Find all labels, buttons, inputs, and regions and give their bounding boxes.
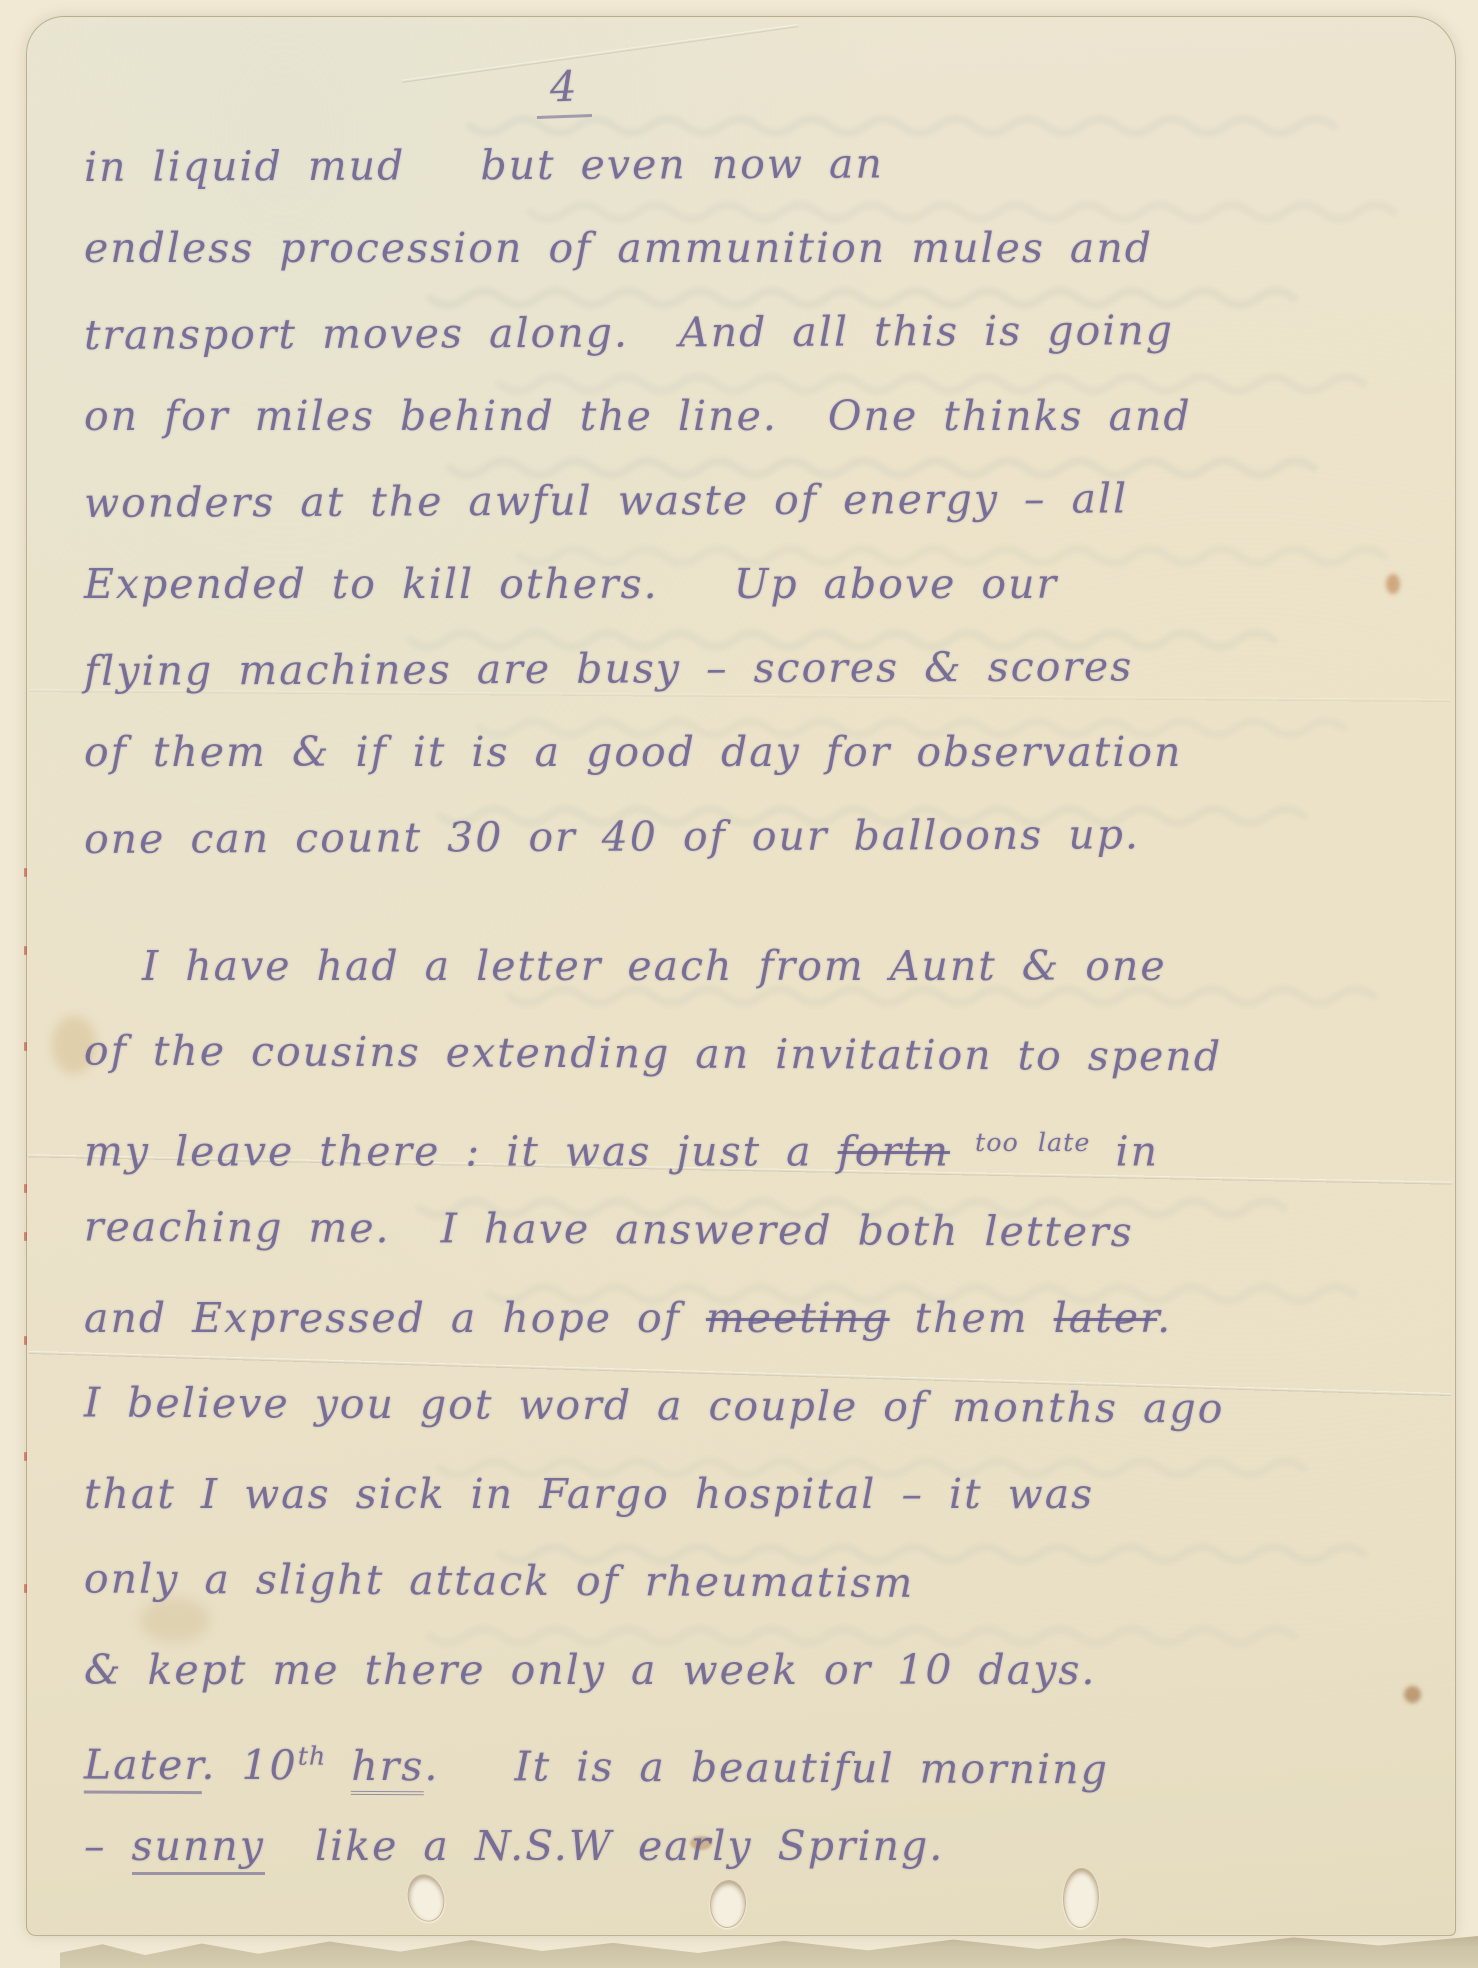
handwritten-line: one can count 30 or 40 of our balloons u… xyxy=(84,791,1439,881)
scanned-letter-page: { "document": { "kind": "handwritten let… xyxy=(0,0,1478,1968)
text-segment: of the cousins extending an invitation t… xyxy=(84,1026,1222,1080)
handwritten-line: Expended to kill others. Up above our xyxy=(84,542,1439,626)
handwritten-line: in liquid mud but even now an xyxy=(84,119,1439,209)
text-segment: too late xyxy=(975,1127,1090,1157)
text-segment: I have had a letter each from Aunt & one xyxy=(142,942,1167,990)
text-segment: that I was sick in Fargo hospital – it w… xyxy=(84,1470,1094,1518)
red-margin-tick xyxy=(24,1584,27,1593)
text-segment: . It is a beautiful morning xyxy=(424,1742,1109,1794)
handwritten-line: & kept me there only a week or 10 days. xyxy=(84,1626,1439,1714)
text-segment: and Expressed a hope of xyxy=(84,1294,706,1342)
text-segment: th xyxy=(298,1741,327,1771)
handwritten-line: transport moves along. And all this is g… xyxy=(84,287,1439,377)
text-segment: of them & if it is a good day for observ… xyxy=(84,728,1182,776)
text-segment: – xyxy=(84,1822,132,1870)
handwritten-line: Later. 10th hrs. It is a beautiful morni… xyxy=(84,1710,1439,1805)
red-margin-tick xyxy=(24,868,27,877)
text-segment: Later xyxy=(84,1740,202,1794)
text-segment: . 10 xyxy=(201,1741,298,1790)
handwritten-line: on for miles behind the line. One thinks… xyxy=(84,374,1439,458)
text-segment: only a slight attack of rheumatism xyxy=(84,1554,915,1606)
text-segment: hrs xyxy=(351,1742,424,1795)
torn-bottom-edge xyxy=(60,1934,1478,1968)
text-segment: my leave there : it was just a xyxy=(84,1128,838,1176)
text-segment: like a N.S.W early Spring. xyxy=(265,1822,944,1870)
text-segment: meeting xyxy=(706,1294,890,1342)
text-segment xyxy=(326,1741,351,1789)
red-margin-tick xyxy=(24,1452,27,1461)
text-segment: transport moves along. And all this is g… xyxy=(84,306,1174,359)
text-segment: in xyxy=(1090,1128,1159,1176)
handwritten-line: only a slight attack of rheumatism xyxy=(84,1534,1439,1629)
text-segment: I believe you got word a couple of month… xyxy=(84,1378,1225,1432)
handwritten-line: flying machines are busy – scores & scor… xyxy=(84,623,1439,713)
handwritten-line: reaching me. I have answered both letter… xyxy=(84,1182,1439,1277)
text-segment: them xyxy=(890,1294,1054,1342)
text-segment: fortn xyxy=(838,1128,950,1176)
handwritten-line: – sunny like a N.S.W early Spring. xyxy=(84,1802,1439,1890)
text-segment: later xyxy=(1054,1294,1157,1342)
paragraph: in liquid mud but even now anendless pro… xyxy=(84,122,1439,878)
text-segment: wonders at the awful waste of energy – a… xyxy=(84,474,1128,527)
red-margin-tick xyxy=(24,1336,27,1345)
text-segment: reaching me. I have answered both letter… xyxy=(84,1202,1134,1255)
text-segment: . xyxy=(1157,1294,1172,1342)
text-segment: flying machines are busy – scores & scor… xyxy=(84,642,1133,695)
handwritten-line: wonders at the awful waste of energy – a… xyxy=(84,455,1439,545)
handwritten-line: and Expressed a hope of meeting them lat… xyxy=(84,1274,1439,1362)
text-segment: one can count 30 or 40 of our balloons u… xyxy=(84,810,1140,863)
text-segment: in liquid mud but even now an xyxy=(84,139,884,190)
page-number: 4 xyxy=(535,61,592,119)
red-margin-tick xyxy=(24,1184,27,1193)
handwritten-line: of them & if it is a good day for observ… xyxy=(84,710,1439,794)
red-margin-tick xyxy=(24,946,27,955)
red-margin-tick xyxy=(24,1232,27,1241)
handwritten-line: endless procession of ammunition mules a… xyxy=(84,206,1439,290)
text-segment: on for miles behind the line. One thinks… xyxy=(84,392,1192,440)
text-segment: Expended to kill others. Up above our xyxy=(84,560,1058,608)
handwritten-line: my leave there : it was just a fortn too… xyxy=(84,1098,1439,1186)
handwritten-line: that I was sick in Fargo hospital – it w… xyxy=(84,1450,1439,1538)
letter-body: in liquid mud but even now anendless pro… xyxy=(84,122,1439,1890)
paragraph: I have had a letter each from Aunt & one… xyxy=(84,922,1439,1890)
handwritten-line: I have had a letter each from Aunt & one xyxy=(84,922,1439,1010)
text-segment: sunny xyxy=(132,1822,265,1875)
handwritten-line: I believe you got word a couple of month… xyxy=(84,1358,1439,1453)
handwritten-line: of the cousins extending an invitation t… xyxy=(84,1006,1439,1101)
red-margin-tick xyxy=(24,1042,27,1051)
text-segment xyxy=(950,1128,975,1176)
text-segment: endless procession of ammunition mules a… xyxy=(84,224,1153,272)
text-segment: & kept me there only a week or 10 days. xyxy=(84,1646,1096,1694)
